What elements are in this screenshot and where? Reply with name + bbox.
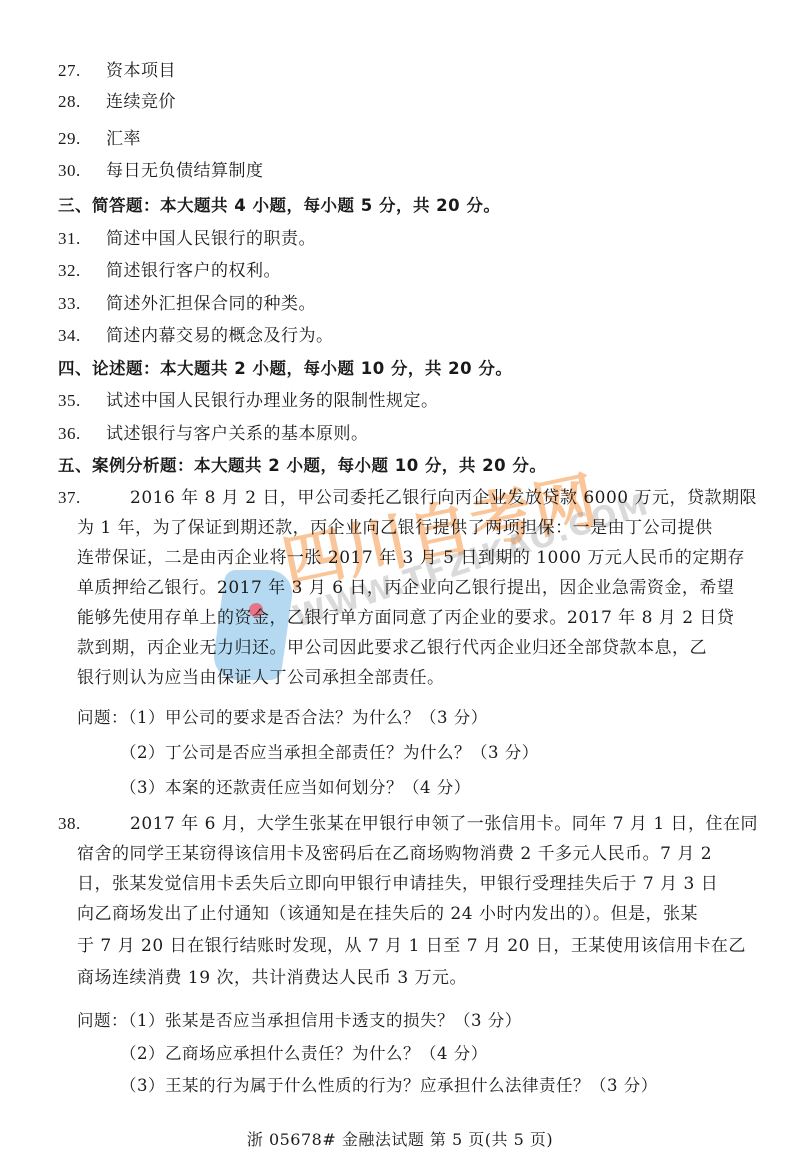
case-sub-question: （3）本案的还款责任应当如何划分？（4 分） <box>120 777 471 799</box>
case-sub-question: （1）甲公司的要求是否合法？为什么？（3 分） <box>120 707 488 729</box>
question-number: 34. <box>58 325 106 347</box>
question-text: 简述外汇担保合同的种类。 <box>106 294 316 314</box>
question-number: 30. <box>58 160 106 182</box>
definition-item: 29.汇率 <box>58 128 141 150</box>
question-number: 29. <box>58 128 106 150</box>
question-number: 35. <box>58 390 106 412</box>
case-text-line: 单质押给乙银行。2017 年 3 月 6 日，丙企业向乙银行提出，因企业急需资金… <box>77 577 734 599</box>
question-text: 简述内幕交易的概念及行为。 <box>106 326 334 346</box>
question-text: 简述银行客户的权利。 <box>106 261 281 281</box>
question-number: 36. <box>58 423 106 445</box>
case-text-line: 连带保证，二是由丙企业将一张 2017 年 3 月 5 日到期的 1000 万元… <box>77 547 745 569</box>
case-text-line: 宿舍的同学王某窃得该信用卡及密码后在乙商场购物消费 2 千多元人民币。7 月 2 <box>77 843 712 865</box>
case-text-line: 商场连续消费 19 次，共计消费达人民币 3 万元。 <box>77 967 467 989</box>
question-item: 33.简述外汇担保合同的种类。 <box>58 293 316 315</box>
question-item: 36.试述银行与客户关系的基本原则。 <box>58 423 369 445</box>
case-text-line: 2016 年 8 月 2 日，甲公司委托乙银行向丙企业发放贷款 6000 万元，… <box>130 487 757 509</box>
question-text: 连续竞价 <box>106 92 176 112</box>
question-text: 试述银行与客户关系的基本原则。 <box>106 424 369 444</box>
case-text-line: 于 7 月 20 日在银行结账时发现，从 7 月 1 日至 7 月 20 日，王… <box>77 935 746 957</box>
question-text: 简述中国人民银行的职责。 <box>106 229 316 249</box>
question-number: 28. <box>58 91 106 113</box>
section-heading-essay: 四、论述题：本大题共 2 小题，每小题 10 分，共 20 分。 <box>58 358 512 380</box>
question-text: 每日无负债结算制度 <box>106 161 264 181</box>
case-text-line: 款到期，丙企业无力归还。甲公司因此要求乙银行代丙企业归还全部贷款本息，乙 <box>77 637 707 659</box>
case-text-line: 为 1 年，为了保证到期还款，丙企业向乙银行提供了两项担保：一是由丁公司提供 <box>77 517 713 539</box>
question-item: 35.试述中国人民银行办理业务的限制性规定。 <box>58 390 439 412</box>
case-text-line: 银行则认为应当由保证人丁公司承担全部责任。 <box>77 667 445 689</box>
case-sub-question: （2）丁公司是否应当承担全部责任？为什么？（3 分） <box>120 742 539 764</box>
question-item: 34.简述内幕交易的概念及行为。 <box>58 325 334 347</box>
case-text-line: 向乙商场发出了止付通知（该通知是在挂失后的 24 小时内发出的）。但是，张某 <box>77 903 698 925</box>
question-number: 31. <box>58 228 106 250</box>
case-text-line: 2017 年 6 月，大学生张某在甲银行申领了一张信用卡。同年 7 月 1 日，… <box>130 813 758 835</box>
case-number: 37. <box>58 487 106 509</box>
case-number: 38. <box>58 813 106 835</box>
question-text: 汇率 <box>106 129 141 149</box>
question-number: 33. <box>58 293 106 315</box>
question-item: 32.简述银行客户的权利。 <box>58 260 281 282</box>
question-text: 资本项目 <box>106 61 176 81</box>
page-footer: 浙 05678# 金融法试题 第 5 页(共 5 页) <box>0 1127 800 1150</box>
definition-item: 28.连续竞价 <box>58 91 176 113</box>
case-text-line: 日，张某发觉信用卡丢失后立即向甲银行申请挂失，甲银行受理挂失后于 7 月 3 日 <box>77 873 718 895</box>
case-sub-question: （2）乙商场应承担什么责任？为什么？（4 分） <box>120 1043 488 1065</box>
question-number: 27. <box>58 60 106 82</box>
section-heading-short-answer: 三、简答题：本大题共 4 小题，每小题 5 分，共 20 分。 <box>58 195 500 217</box>
case-text-line: 能够先使用存单上的资金，乙银行单方面同意了丙企业的要求。2017 年 8 月 2… <box>77 607 734 629</box>
section-heading-case-analysis: 五、案例分析题：本大题共 2 小题，每小题 10 分，共 20 分。 <box>58 455 546 477</box>
definition-item: 27.资本项目 <box>58 60 176 82</box>
case-sub-question: （1）张某是否应当承担信用卡透支的损失？（3 分） <box>120 1010 522 1032</box>
question-item: 31.简述中国人民银行的职责。 <box>58 228 316 250</box>
question-number: 32. <box>58 260 106 282</box>
exam-page: 四川自考网 WWW.TFZIKAO.COM 27.资本项目 28.连续竞价 29… <box>0 0 800 1176</box>
case-sub-question: （3）王某的行为属于什么性质的行为？应承担什么法律责任？（3 分） <box>120 1075 658 1097</box>
definition-item: 30.每日无负债结算制度 <box>58 160 264 182</box>
question-text: 试述中国人民银行办理业务的限制性规定。 <box>106 391 439 411</box>
